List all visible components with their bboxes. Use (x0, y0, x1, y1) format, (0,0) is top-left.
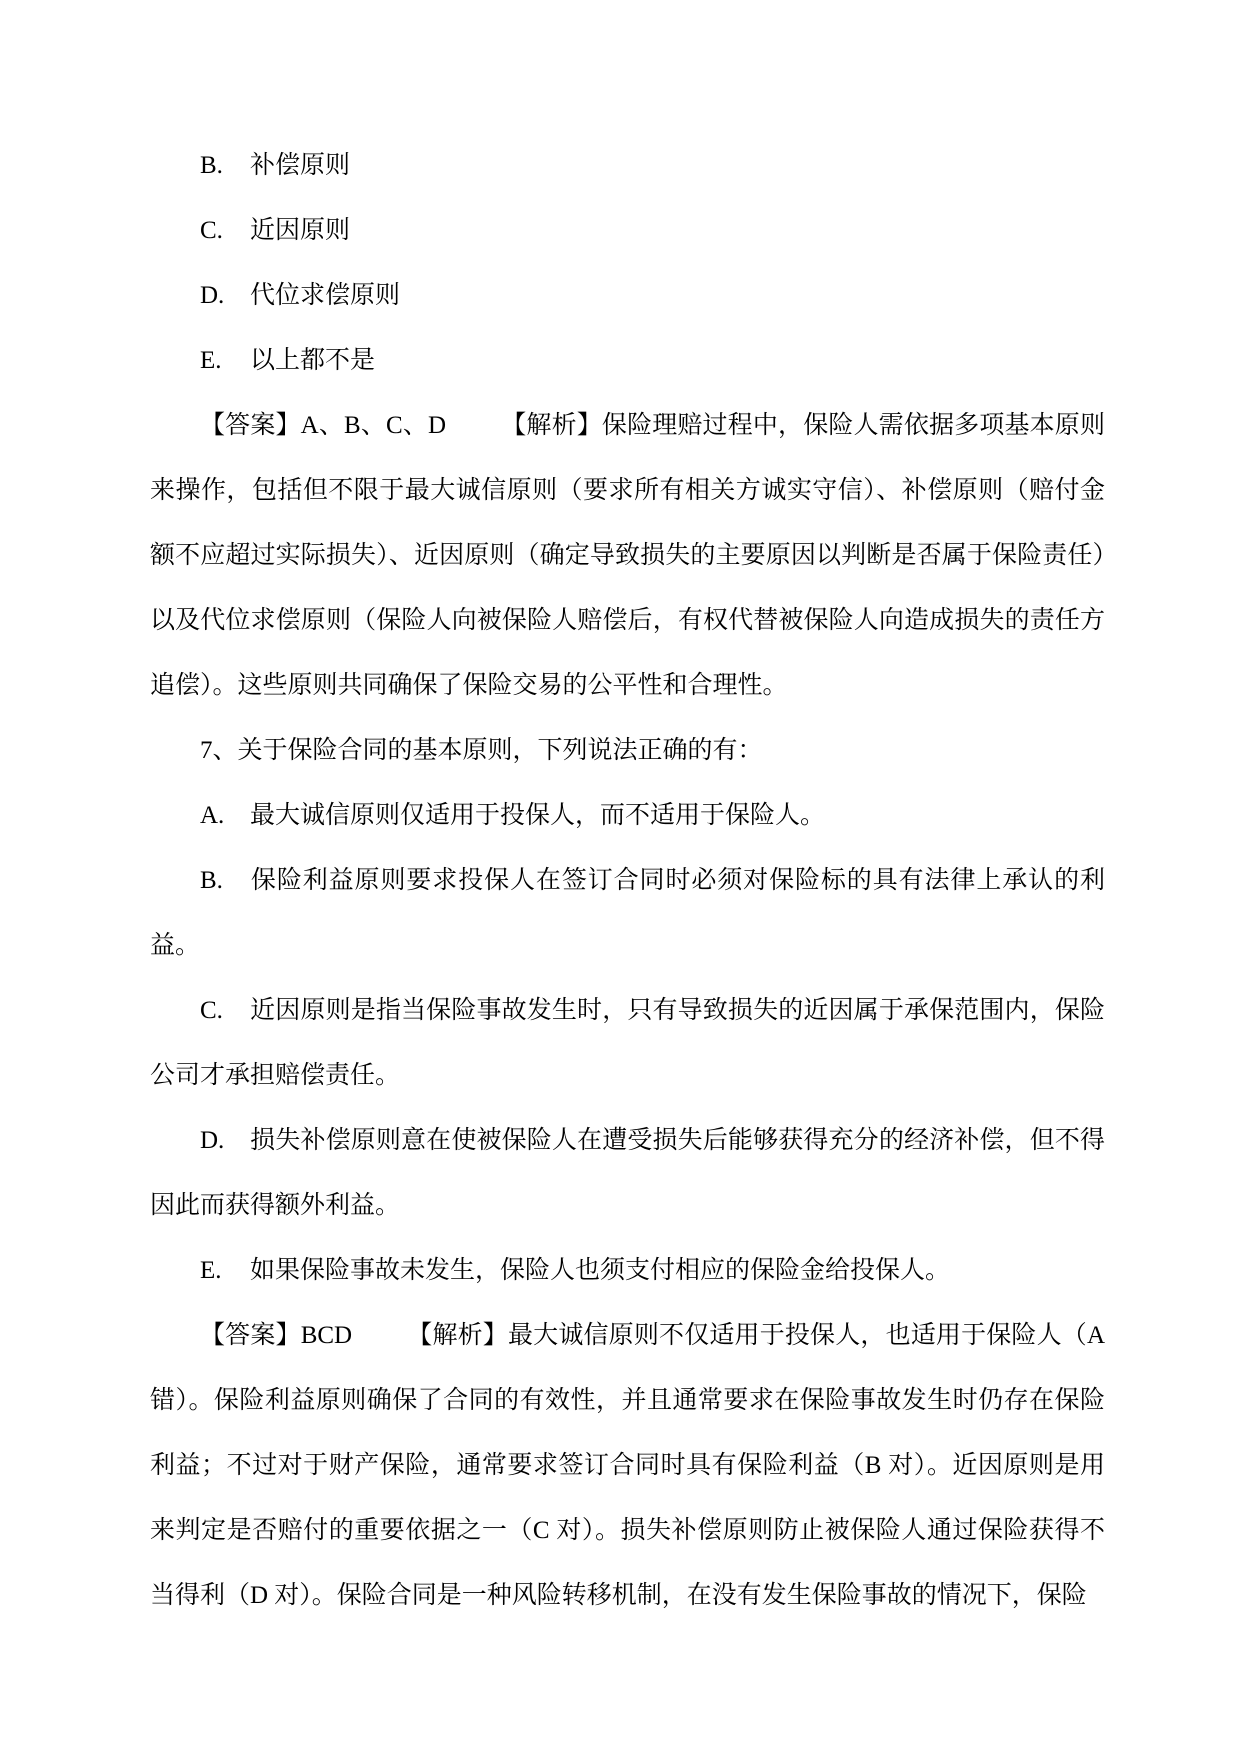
option-label: D. (200, 263, 250, 328)
option-text: 近因原则是指当保险事故发生时，只有导致损失的近因属于承保范围内，保险公司才承担赔… (150, 997, 1105, 1089)
option-label: C. (200, 198, 250, 263)
document-content: B.补偿原则 C.近因原则 D.代位求偿原则 E.以上都不是 【答案】A、B、C… (150, 133, 1105, 1628)
q6-option-b: B.补偿原则 (150, 133, 1105, 198)
q7-option-a: A.最大诚信原则仅适用于投保人，而不适用于保险人。 (150, 783, 1105, 848)
q7-option-c: C.近因原则是指当保险事故发生时，只有导致损失的近因属于承保范围内，保险公司才承… (150, 978, 1105, 1108)
q7-option-b: B.保险利益原则要求投保人在签订合同时必须对保险标的具有法律上承认的利益。 (150, 848, 1105, 978)
q6-answer-analysis: 【答案】A、B、C、D【解析】保险理赔过程中，保险人需依据多项基本原则来操作，包… (150, 393, 1105, 718)
question-text: 关于保险合同的基本原则，下列说法正确的有： (238, 737, 763, 764)
q7-stem: 7、关于保险合同的基本原则，下列说法正确的有： (150, 718, 1105, 783)
option-text: 代位求偿原则 (250, 282, 400, 309)
option-label: E. (200, 1238, 250, 1303)
q6-option-e: E.以上都不是 (150, 328, 1105, 393)
q7-option-e: E.如果保险事故未发生，保险人也须支付相应的保险金给投保人。 (150, 1238, 1105, 1303)
option-text: 保险利益原则要求投保人在签订合同时必须对保险标的具有法律上承认的利益。 (150, 867, 1105, 959)
analysis-label: 【解析】 (501, 412, 602, 439)
option-text: 补偿原则 (250, 152, 350, 179)
option-label: A. (200, 783, 250, 848)
document-page: B.补偿原则 C.近因原则 D.代位求偿原则 E.以上都不是 【答案】A、B、C… (0, 0, 1241, 1754)
option-label: D. (200, 1108, 250, 1173)
analysis-label: 【解析】 (407, 1322, 508, 1349)
answer-value: BCD (301, 1322, 352, 1349)
option-label: B. (200, 848, 250, 913)
option-text: 最大诚信原则仅适用于投保人，而不适用于保险人。 (250, 802, 825, 829)
option-label: B. (200, 133, 250, 198)
option-label: C. (200, 978, 250, 1043)
answer-label: 【答案】 (200, 1322, 301, 1349)
q6-option-d: D.代位求偿原则 (150, 263, 1105, 328)
analysis-text: 最大诚信原则不仅适用于投保人，也适用于保险人（A 错）。保险利益原则确保了合同的… (150, 1322, 1105, 1609)
analysis-text: 保险理赔过程中，保险人需依据多项基本原则来操作，包括但不限于最大诚信原则（要求所… (150, 412, 1105, 699)
q6-option-c: C.近因原则 (150, 198, 1105, 263)
answer-label: 【答案】 (200, 412, 301, 439)
option-text: 近因原则 (250, 217, 350, 244)
q7-answer-analysis: 【答案】BCD【解析】最大诚信原则不仅适用于投保人，也适用于保险人（A 错）。保… (150, 1303, 1105, 1628)
option-text: 以上都不是 (250, 347, 375, 374)
answer-value: A、B、C、D (301, 412, 446, 439)
option-label: E. (200, 328, 250, 393)
question-number: 7、 (200, 737, 238, 764)
q7-option-d: D.损失补偿原则意在使被保险人在遭受损失后能够获得充分的经济补偿，但不得因此而获… (150, 1108, 1105, 1238)
option-text: 损失补偿原则意在使被保险人在遭受损失后能够获得充分的经济补偿，但不得因此而获得额… (150, 1127, 1105, 1219)
option-text: 如果保险事故未发生，保险人也须支付相应的保险金给投保人。 (250, 1257, 950, 1284)
